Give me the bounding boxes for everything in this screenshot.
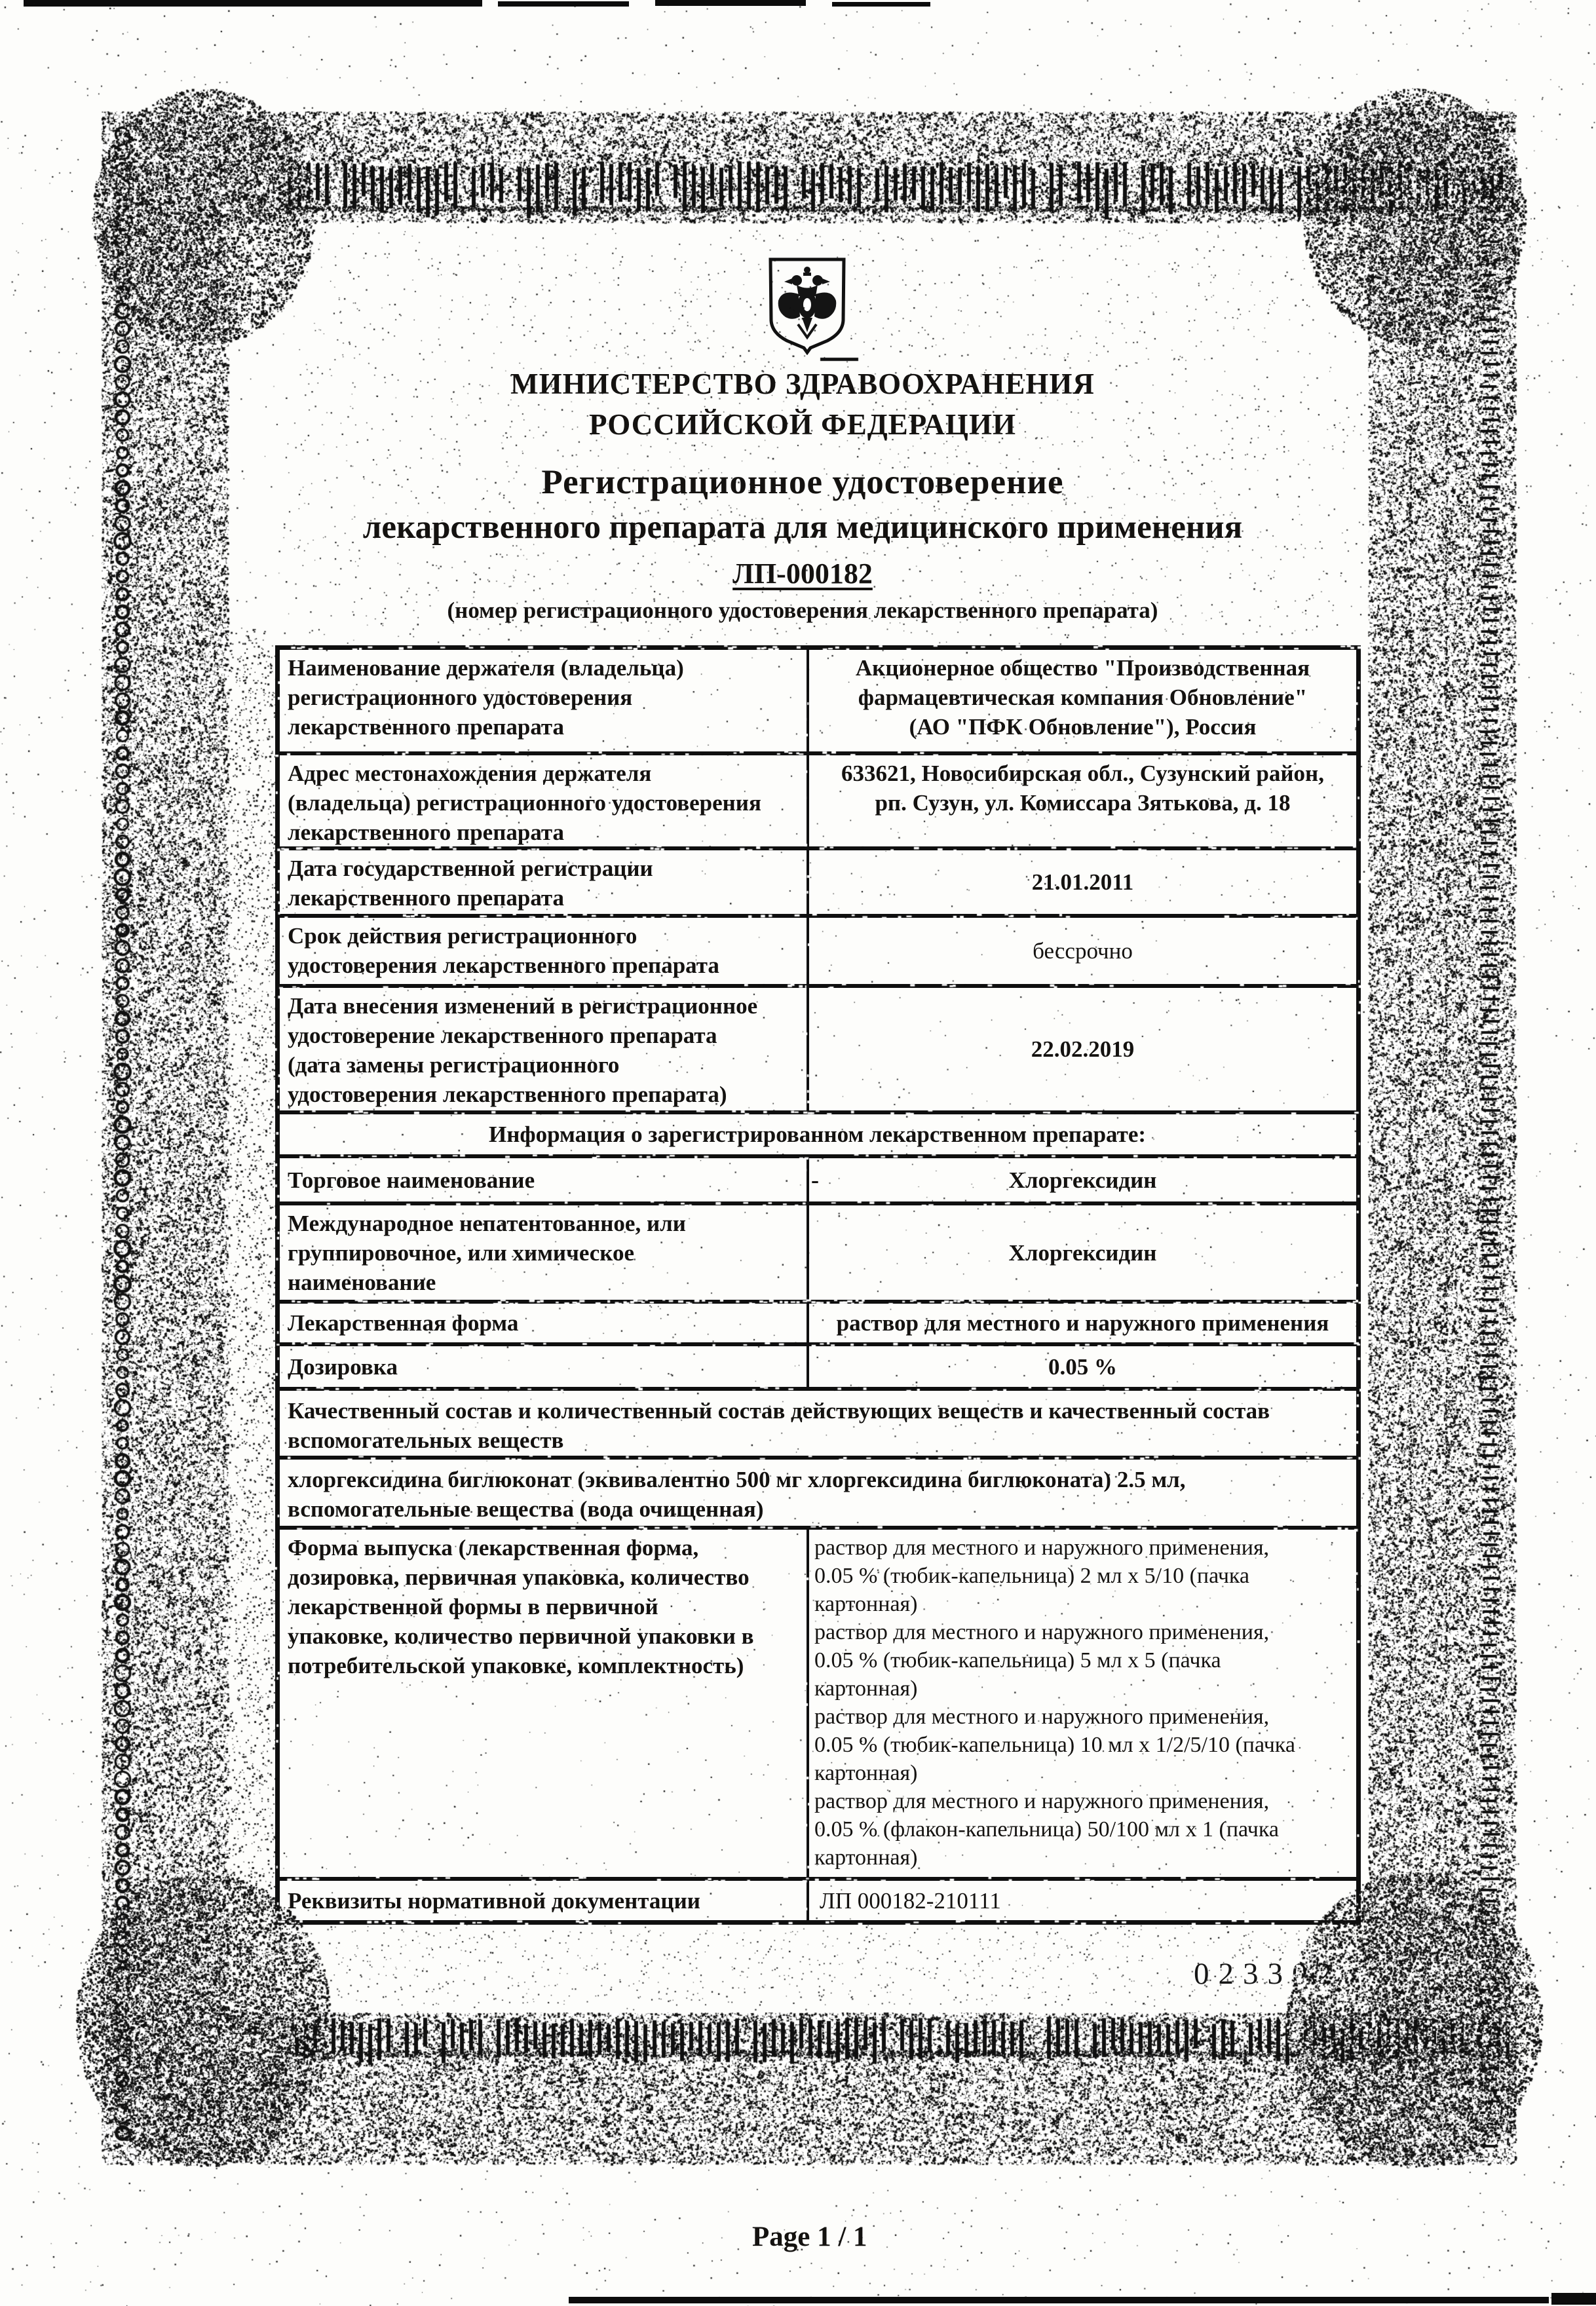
row-value: Акционерное общество "Производственная ф… bbox=[809, 650, 1356, 751]
certificate-table: Наименование держателя (владельца) регис… bbox=[275, 645, 1361, 1925]
stamp-number: 023302 bbox=[1194, 1956, 1341, 1992]
scan-artifact-top-bar bbox=[832, 2, 930, 7]
row-value: 0.05 % bbox=[809, 1346, 1356, 1387]
table-row-composition: хлоргексидина биглюконат (эквивалентно 5… bbox=[280, 1456, 1356, 1526]
coat-of-arms-icon bbox=[764, 255, 850, 355]
table-row-normative-docs: Реквизиты нормативной документации ЛП 00… bbox=[280, 1877, 1356, 1920]
row-label: Реквизиты нормативной документации bbox=[280, 1881, 809, 1920]
table-row-dosage-form: Лекарственная форма раствор для местного… bbox=[280, 1300, 1356, 1342]
table-row-registration-date: Дата государственной регистрации лекарст… bbox=[280, 846, 1356, 914]
row-value: 22.02.2019 bbox=[809, 988, 1356, 1110]
section-header: Качественный состав и количественный сос… bbox=[280, 1391, 1356, 1456]
composition-text: хлоргексидина биглюконат (эквивалентно 5… bbox=[280, 1460, 1356, 1526]
scan-artifact-bottom-bar bbox=[569, 2297, 1549, 2303]
row-value: Хлоргексидин bbox=[809, 1158, 1356, 1201]
row-value: раствор для местного и наружного примене… bbox=[809, 1530, 1356, 1877]
row-label: Форма выпуска (лекарственная форма, дози… bbox=[280, 1530, 809, 1877]
row-value: 21.01.2011 bbox=[809, 850, 1356, 914]
document-title-line1: Регистрационное удостоверение bbox=[92, 463, 1513, 502]
row-value: бессрочно bbox=[809, 918, 1356, 984]
row-label: Торговое наименование bbox=[280, 1158, 809, 1201]
ministry-name-line2: РОССИЙСКОЙ ФЕДЕРАЦИИ bbox=[92, 407, 1513, 442]
table-row-release-form: Форма выпуска (лекарственная форма, дози… bbox=[280, 1526, 1356, 1877]
page-footer: Page 1 / 1 bbox=[752, 2221, 867, 2253]
row-label: Дата государственной регистрации лекарст… bbox=[280, 850, 809, 914]
registration-number: ЛП-000182 bbox=[92, 557, 1513, 590]
table-row-amendment-date: Дата внесения изменений в регистрационно… bbox=[280, 984, 1356, 1110]
document-title-line2: лекарственного препарата для медицинског… bbox=[92, 508, 1513, 546]
table-row-composition-header: Качественный состав и количественный сос… bbox=[280, 1387, 1356, 1456]
section-header: Информация о зарегистрированном лекарств… bbox=[280, 1114, 1356, 1154]
ministry-name-line1: МИНИСТЕРСТВО ЗДРАВООХРАНЕНИЯ bbox=[92, 367, 1513, 401]
row-label: Международное непатентованное, или групп… bbox=[280, 1205, 809, 1300]
scan-artifact-backslash: \ bbox=[111, 106, 120, 142]
scan-artifact-top-bar bbox=[24, 0, 482, 7]
scan-artifact-top-bar bbox=[498, 1, 629, 7]
row-value: раствор для местного и наружного примене… bbox=[809, 1304, 1356, 1342]
row-label: Наименование держателя (владельца) регис… bbox=[280, 650, 809, 751]
scanned-registration-certificate: \ МИНИСТЕРСТВО ЗДРАВООХРАНЕНИЯ РОССИЙСКО… bbox=[0, 0, 1596, 2306]
row-label: Адрес местонахождения держателя (владель… bbox=[280, 755, 809, 846]
row-label: Лекарственная форма bbox=[280, 1304, 809, 1342]
scan-artifact-bottom-blob bbox=[1551, 2293, 1596, 2305]
eagle-chest-shield bbox=[803, 298, 811, 311]
table-row-inn-name: Международное непатентованное, или групп… bbox=[280, 1201, 1356, 1300]
scan-artifact-top-bar bbox=[655, 0, 806, 6]
row-label: Дата внесения изменений в регистрационно… bbox=[280, 988, 809, 1110]
row-label: Срок действия регистрационного удостовер… bbox=[280, 918, 809, 984]
table-row-holder-name: Наименование держателя (владельца) регис… bbox=[280, 650, 1356, 751]
table-row-dosage: Дозировка 0.05 % bbox=[280, 1342, 1356, 1387]
table-row-validity-period: Срок действия регистрационного удостовер… bbox=[280, 914, 1356, 984]
registration-number-caption: (номер регистрационного удостоверения ле… bbox=[92, 597, 1513, 624]
row-value: ЛП 000182-210111 bbox=[809, 1881, 1356, 1920]
row-label: Дозировка bbox=[280, 1346, 809, 1387]
table-row-info-section-header: Информация о зарегистрированном лекарств… bbox=[280, 1110, 1356, 1154]
row-value: Хлоргексидин bbox=[809, 1205, 1356, 1300]
table-row-holder-address: Адрес местонахождения держателя (владель… bbox=[280, 751, 1356, 846]
scan-artifact-dash: - bbox=[811, 1166, 819, 1194]
row-value: 633621, Новосибирская обл., Сузунский ра… bbox=[809, 755, 1356, 846]
